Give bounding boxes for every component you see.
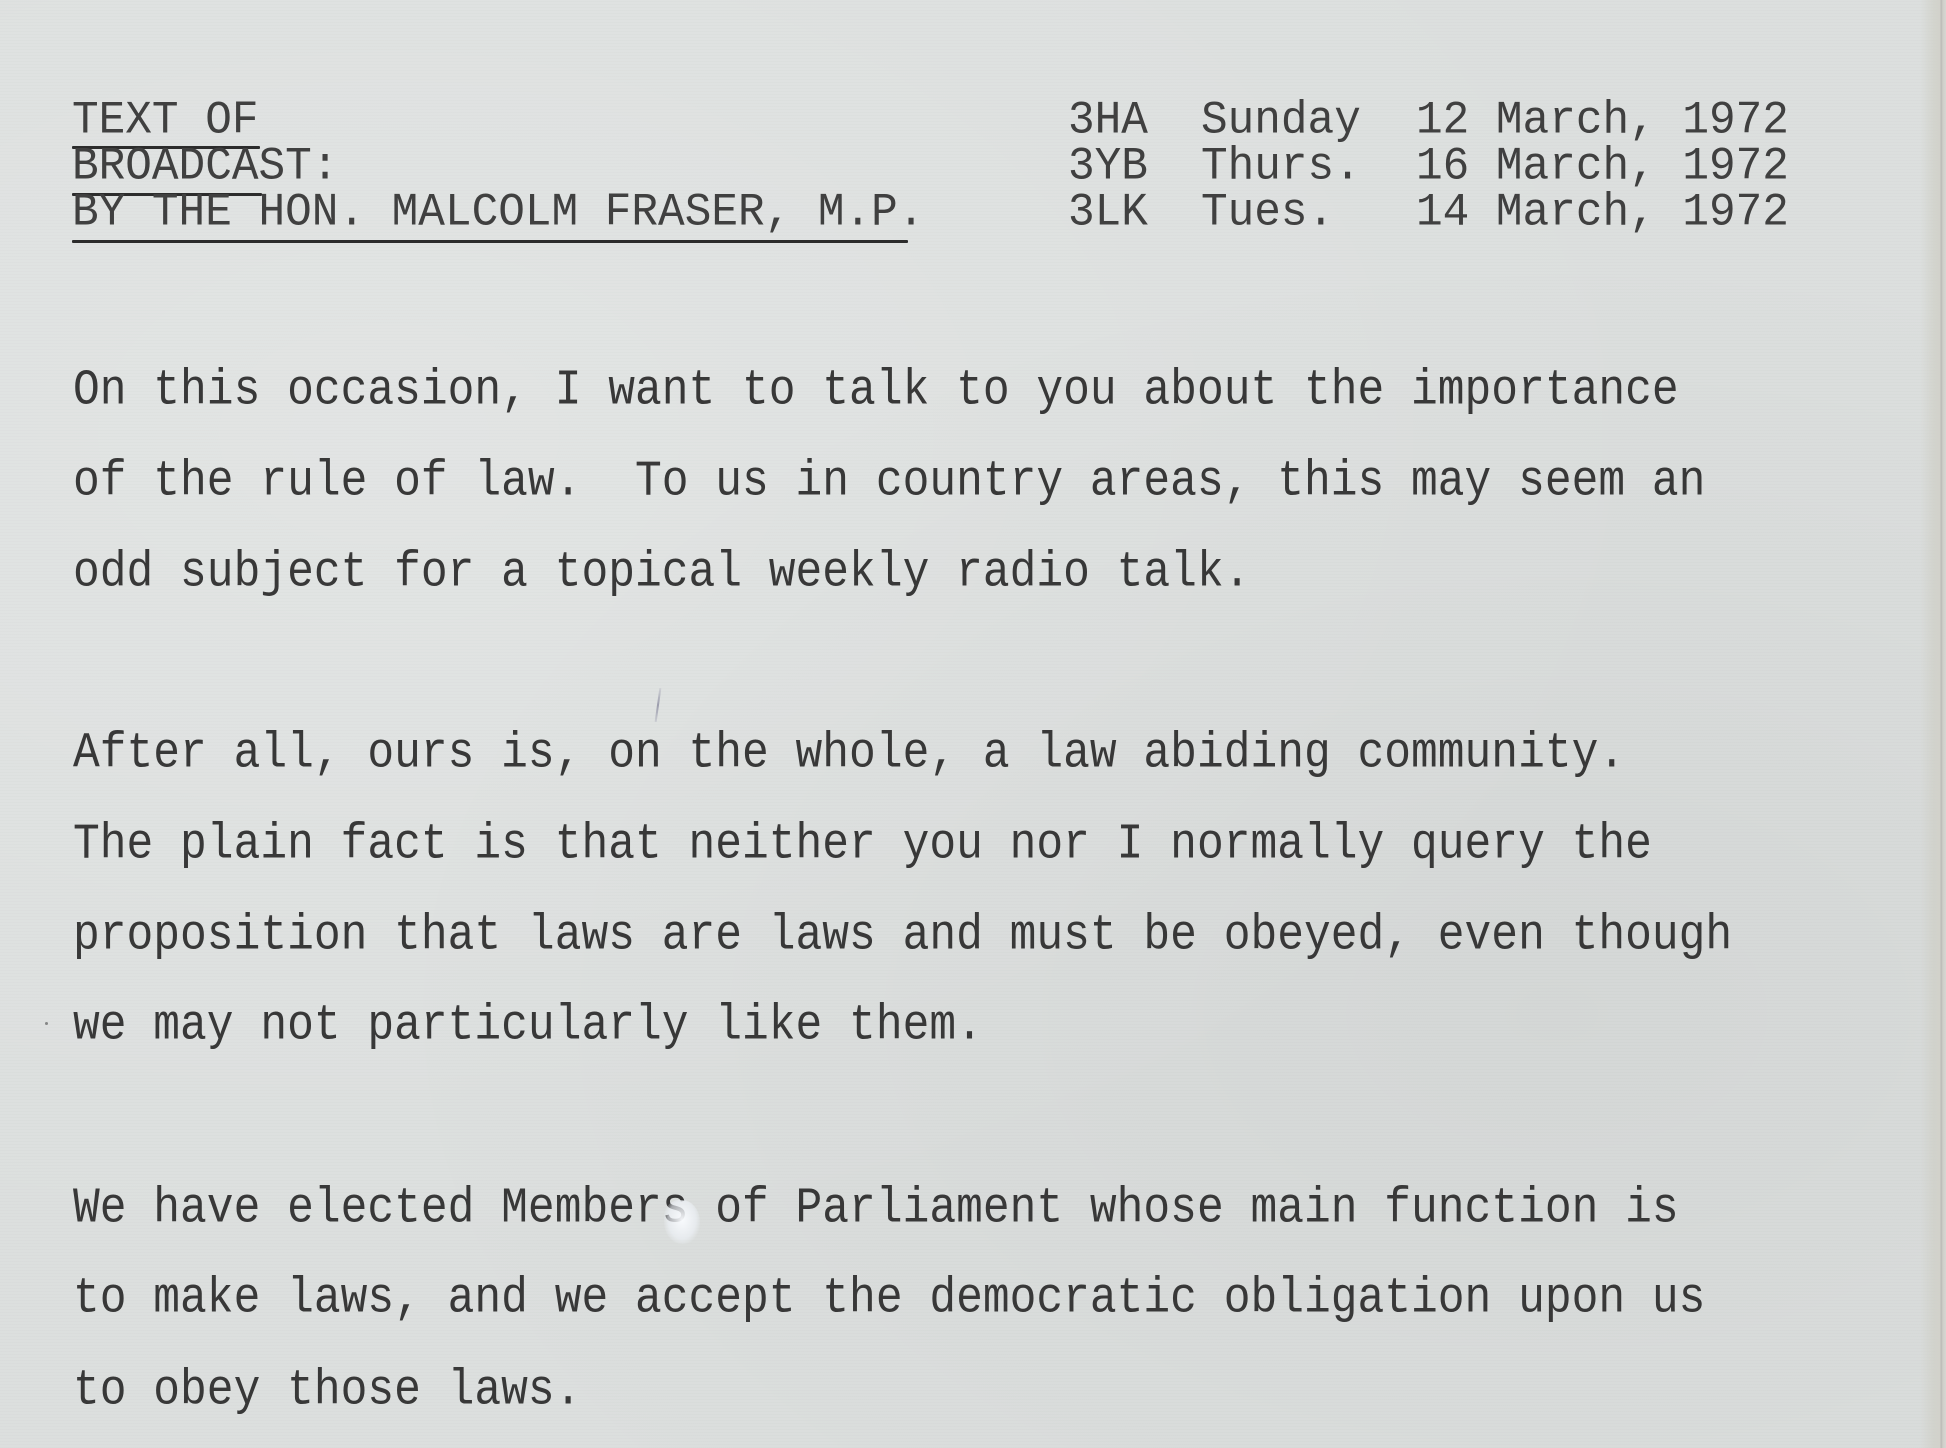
broadcast-day: Thurs. xyxy=(1201,144,1361,191)
title-line-2: BROADCAST: xyxy=(72,144,338,191)
text-line: proposition that laws are laws and must … xyxy=(73,912,1732,962)
broadcast-date: 12 March, 1972 xyxy=(1416,98,1789,145)
ink-dot xyxy=(45,1022,48,1025)
title-underline-3 xyxy=(72,240,908,243)
text-line: to obey those laws. xyxy=(73,1367,581,1417)
text-line: to make laws, and we accept the democrat… xyxy=(73,1275,1705,1325)
text-line: of the rule of law. To us in country are… xyxy=(73,458,1705,508)
text-line: The plain fact is that neither you nor I… xyxy=(73,821,1652,871)
title-line-3: BY THE HON. MALCOLM FRASER, M.P. xyxy=(72,190,924,237)
broadcast-date: 16 March, 1972 xyxy=(1416,144,1789,191)
title-line-1: TEXT OF xyxy=(72,98,258,145)
station: 3HA xyxy=(1068,98,1148,145)
correction-fluid-spot xyxy=(664,1200,700,1244)
text-line: After all, ours is, on the whole, a law … xyxy=(73,730,1625,780)
text-line: On this occasion, I want to talk to you … xyxy=(73,367,1679,417)
broadcast-date: 14 March, 1972 xyxy=(1416,190,1789,237)
station: 3LK xyxy=(1068,190,1148,237)
text-line: we may not particularly like them. xyxy=(73,1002,983,1052)
page-edge xyxy=(1920,0,1946,1448)
text-line: odd subject for a topical weekly radio t… xyxy=(73,549,1250,599)
text-line: We have elected Members of Parliament wh… xyxy=(73,1185,1679,1235)
pencil-mark xyxy=(655,688,662,722)
station: 3YB xyxy=(1068,144,1148,191)
broadcast-day: Sunday xyxy=(1201,98,1361,145)
broadcast-day: Tues. xyxy=(1201,190,1334,237)
